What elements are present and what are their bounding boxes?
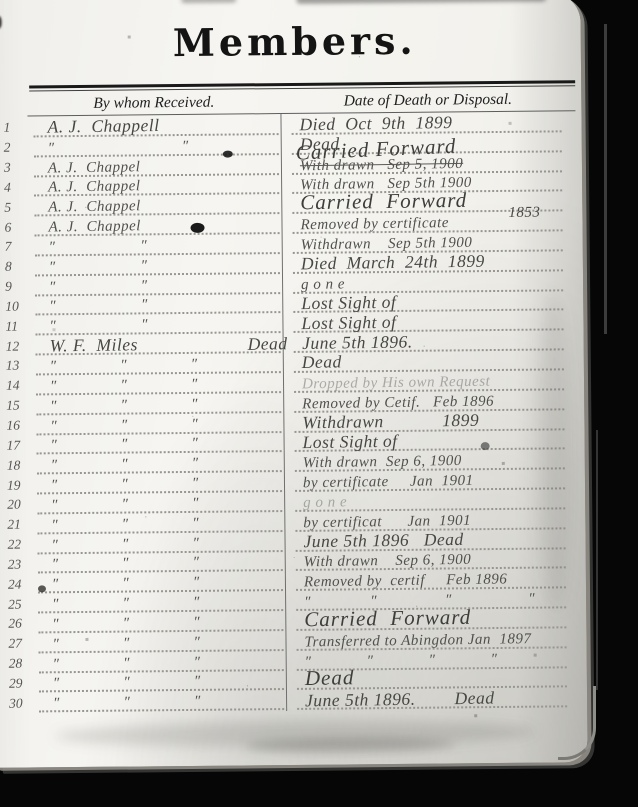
cell-received: ″ ″ ″ [38, 611, 283, 633]
cell-received: ″ ″ ″ [37, 492, 282, 514]
cell-received: ″ ″ [35, 294, 280, 316]
ink-blot [38, 585, 46, 592]
handwritten-name: ″ ″ ″ [50, 357, 198, 374]
handwritten-name: ″ ″ [49, 239, 148, 255]
register-rows: 1A. J. ChappellDied Oct 9th 18992″ ″Dead… [0, 112, 587, 713]
table-row: 30″ ″ ″June 5th 1896. Dead [0, 688, 587, 714]
cell-received: ″ ″ ″ [37, 532, 282, 554]
handwritten-entry: Lost Sight of [302, 433, 397, 452]
handwritten-entry: g o n e [303, 495, 347, 511]
cell-disposal: With drawn Sep 5, 1900Carried Forward [292, 152, 562, 174]
page-title: Members. [9, 16, 581, 66]
row-number: 22 [8, 538, 30, 555]
cell-disposal: With drawn Sep 6, 1900 [296, 549, 566, 571]
handwritten-name: ″ ″ [48, 139, 189, 156]
cell-received: A. J. Chappel [34, 194, 279, 216]
cell-received: ″ ″ ″ [39, 691, 284, 713]
handwritten-name: ″ ″ ″ [53, 655, 201, 672]
cell-received: ″ ″ [35, 254, 280, 276]
handwritten-name: ″ ″ ″ [53, 695, 201, 712]
cell-received: ″ ″ [35, 314, 280, 336]
handwritten-name: ″ ″ ″ [52, 556, 200, 573]
cell-received: ″ ″ ″ [36, 413, 281, 435]
cell-disposal: Dead June 5th 1896. [294, 331, 564, 353]
cell-disposal: Lost Sight of [293, 291, 563, 313]
cell-received: A. J. Chappell [33, 115, 278, 137]
handwritten-entry: Died Oct 9th 1899 [299, 114, 452, 134]
row-number: 14 [6, 379, 28, 396]
cell-disposal: June 5th 1896. Dead [297, 688, 567, 710]
row-number: 30 [9, 696, 31, 713]
handwritten-entry: Transferred to Abingdon Jan 1897 [304, 632, 531, 650]
cell-disposal: Died Oct 9th 1899 [291, 112, 561, 134]
handwritten-entry: Dropped by His own Request [302, 374, 490, 392]
row-number: 16 [6, 418, 28, 435]
row-number: 17 [7, 438, 29, 455]
row-number: 24 [8, 577, 30, 594]
cell-disposal: by certificat Jan 1901 [295, 509, 565, 531]
underlying-page-edge [558, 686, 596, 760]
row-number: 15 [6, 399, 28, 416]
cell-received: ″ ″ ″ [37, 472, 282, 494]
cell-received: ″ ″ ″ [36, 353, 281, 375]
cell-disposal: g o n e [293, 271, 563, 293]
cell-received: ″ ″ ″ [37, 433, 282, 455]
cell-received: A. J. Chappel [34, 175, 279, 197]
row-number: 7 [5, 240, 27, 257]
book-binding-edge [604, 24, 607, 334]
cell-received: ″ ″ ″ [37, 452, 282, 474]
cell-received: ″ ″ ″ [39, 671, 284, 693]
handwritten-name: ″ ″ ″ [52, 596, 200, 613]
handwritten-name: ″ ″ ″ [53, 675, 201, 692]
book-binding-edge [596, 430, 598, 690]
row-number: 3 [4, 161, 26, 178]
cell-disposal: Dead [297, 668, 567, 690]
row-number: 28 [9, 657, 31, 674]
cell-disposal: Lost Sight of [293, 311, 563, 333]
handwritten-name: ″ ″ [49, 259, 148, 275]
row-number: 1 [4, 121, 26, 138]
handwritten-entry: With drawn Sep 6, 1900 [304, 553, 472, 570]
row-number: 26 [8, 617, 30, 634]
handwritten-entry: Dead [305, 668, 355, 690]
handwritten-name: ″ ″ ″ [50, 377, 198, 394]
handwritten-entry: Removed by certificate [300, 216, 449, 233]
row-number: 20 [7, 498, 29, 515]
handwritten-name: A. J. Chappel [48, 160, 141, 176]
handwritten-name: A. J. Chappell [47, 117, 159, 136]
row-number: 5 [4, 200, 26, 217]
handwritten-name: A. J. Chappel [48, 180, 141, 196]
cell-received: ″ ″ ″ [38, 552, 283, 574]
handwritten-entry: g o n e [301, 277, 345, 293]
column-header-received: By whom Received. [27, 91, 280, 116]
handwritten-name: ″ ″ ″ [51, 516, 199, 533]
cell-received: ″ ″ [34, 135, 279, 157]
handwritten-name: ″ ″ ″ [51, 496, 199, 513]
handwritten-entry: Removed by certif Feb 1896 [304, 573, 508, 591]
handwritten-name: ″ ″ ″ [51, 457, 199, 474]
row-number: 25 [8, 597, 30, 614]
row-number: 18 [7, 458, 29, 475]
handwritten-name: ″ ″ ″ [51, 536, 199, 553]
dirt-smudge [0, 16, 2, 29]
row-number: 10 [5, 299, 27, 316]
cell-received: ″ ″ ″ [38, 631, 283, 653]
cell-received: ″ ″ ″ [39, 651, 284, 673]
cell-disposal: Withdrawn 1899 [294, 410, 564, 432]
cell-received: ″ ″ [35, 274, 280, 296]
dirt-smudge [181, 0, 236, 3]
handwritten-name: ″ ″ [49, 299, 148, 315]
row-number: 21 [7, 518, 29, 535]
row-number: 9 [5, 280, 27, 297]
column-header-disposal: Date of Death or Disposal. [280, 88, 575, 114]
handwritten-entry: Carried Forward [304, 607, 471, 630]
cell-received: ″ ″ ″ [37, 512, 282, 534]
handwritten-entry: Died March 24th 1899 [301, 253, 485, 273]
cell-received: A. J. Chappel [34, 155, 279, 177]
handwritten-entry: With drawn Sep 6, 1900 [303, 454, 462, 471]
row-number: 4 [4, 180, 26, 197]
cell-received: ″ ″ ″ [38, 591, 283, 613]
cell-received: ″ ″ ″ [36, 373, 281, 395]
handwritten-name: ″ ″ ″ [50, 397, 198, 414]
row-number: 8 [5, 260, 27, 277]
handwritten-entry: Lost Sight of [301, 313, 396, 332]
row-number: 2 [4, 141, 26, 158]
handwritten-entry: June 5th 1896 Dead [303, 531, 463, 551]
cell-disposal: Removed by Cetif. Feb 1896 [294, 390, 564, 412]
handwritten-name: ″ ″ [49, 318, 148, 334]
row-number: 29 [9, 676, 31, 693]
handwritten-entry: June 5th 1896. Dead [305, 689, 495, 709]
cell-disposal: With drawn Sep 6, 1900 [295, 450, 565, 472]
handwritten-name: A. J. Chappel [48, 199, 141, 215]
handwritten-note: 1853 [508, 206, 540, 221]
ink-blot [223, 151, 233, 158]
scanned-ledger-image: Members. By whom Received. Date of Death… [0, 0, 638, 807]
cell-disposal: by certificate Jan 1901 [295, 470, 565, 492]
cell-disposal: g o n e [295, 489, 565, 511]
ledger-page: Members. By whom Received. Date of Death… [0, 0, 588, 768]
row-number: 12 [6, 339, 28, 356]
cell-received: ″ ″ ″ [36, 393, 281, 415]
handwritten-name: ″ ″ ″ [51, 477, 199, 494]
handwritten-name: ″ ″ ″ [52, 615, 200, 632]
handwritten-entry: Withdrawn 1899 [302, 412, 479, 432]
cell-disposal: Dropped by His own Request [294, 370, 564, 392]
cell-disposal: June 5th 1896 Dead [295, 529, 565, 551]
row-number: 27 [8, 637, 30, 654]
cell-disposal: Died March 24th 1899 [293, 251, 563, 273]
handwritten-name: A. J. Chappel [48, 219, 141, 235]
handwritten-entry: Dead June 5th 1896. [248, 333, 413, 353]
ink-blot [481, 442, 490, 450]
dirt-smudge [296, 0, 546, 4]
cell-disposal: Removed by certif Feb 1896 [296, 569, 566, 591]
handwritten-entry: by certificate Jan 1901 [303, 474, 474, 492]
row-number: 23 [8, 557, 30, 574]
handwritten-name: ″ ″ ″ [52, 576, 200, 593]
handwritten-name: W. F. Miles [50, 336, 138, 355]
cell-received: ″ ″ [35, 234, 280, 256]
cell-received: ″ ″ ″ [38, 571, 283, 593]
cell-disposal: Carried Forward [296, 608, 566, 630]
handwritten-entry: Carried Forward [300, 190, 467, 213]
handwritten-name: ″ ″ ″ [50, 417, 198, 434]
cell-disposal: Transferred to Abingdon Jan 1897 [296, 628, 566, 650]
handwritten-name: ″ ″ ″ [51, 437, 199, 454]
handwritten-entry: Lost Sight of [301, 294, 396, 313]
row-number: 11 [5, 319, 27, 336]
cell-received: W. F. Miles [36, 333, 281, 355]
cell-received: A. J. Chappel [34, 214, 279, 236]
handwritten-name: ″ ″ ″ [52, 635, 200, 652]
cell-disposal: Dead [294, 350, 564, 372]
row-number: 19 [7, 478, 29, 495]
cell-disposal: Lost Sight of [295, 430, 565, 452]
row-number: 6 [4, 220, 26, 237]
cell-disposal: Removed by certificate1853 [292, 212, 562, 234]
ink-blot [190, 223, 204, 233]
row-number: 13 [6, 359, 28, 376]
handwritten-name: ″ ″ [49, 279, 148, 295]
handwritten-entry: Dead [302, 354, 342, 372]
